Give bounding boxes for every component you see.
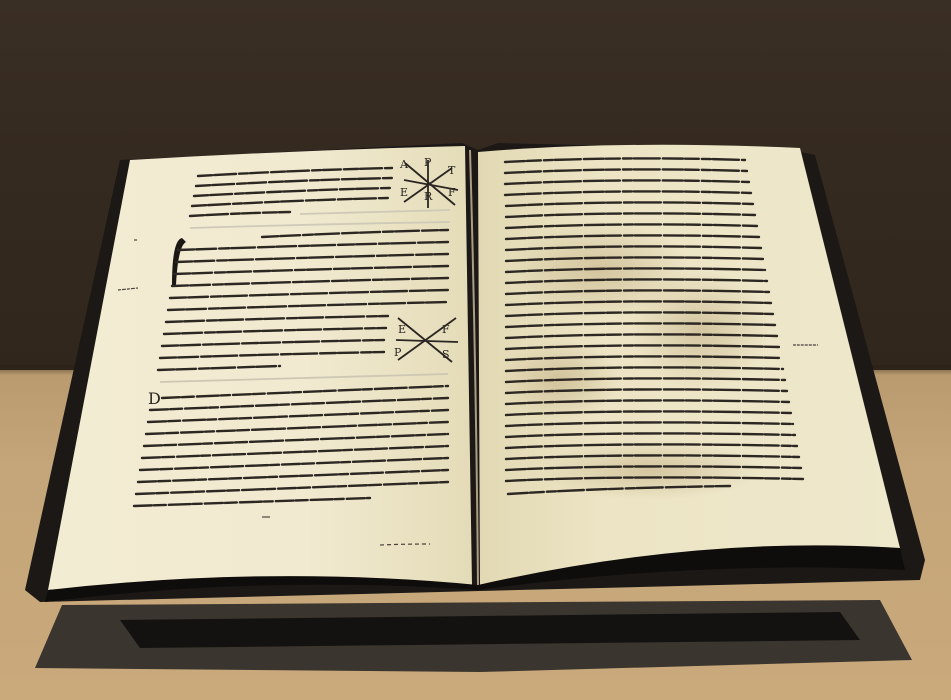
monogram-letter: F <box>448 186 456 199</box>
monogram-letter: P <box>424 156 432 169</box>
monogram-letter: R <box>424 190 433 203</box>
initial-d: D <box>148 389 161 408</box>
photo-scene: D A <box>0 0 951 700</box>
monogram-letter: F <box>442 323 450 336</box>
monogram-letter: S <box>442 348 450 361</box>
monogram-letter: E <box>400 186 408 199</box>
monogram-letter: E <box>398 323 406 336</box>
monogram-letter: P <box>394 346 402 359</box>
manuscript-book: D A <box>0 0 951 700</box>
monogram-letter: A <box>399 158 409 171</box>
right-page <box>478 145 900 585</box>
monogram-letter: T <box>448 164 456 177</box>
book-shadow <box>35 600 912 672</box>
